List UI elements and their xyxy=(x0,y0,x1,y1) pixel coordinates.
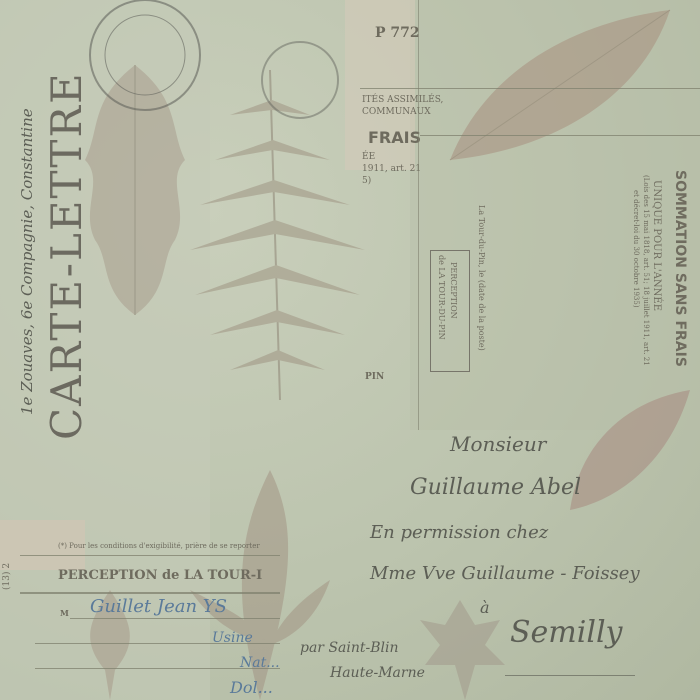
address-department: Haute-Marne xyxy=(330,665,425,681)
address-name: Guillaume Abel xyxy=(410,475,581,500)
address-a: à xyxy=(480,598,490,617)
frais-heading: FRAIS xyxy=(368,128,421,147)
header-fragment-4: ÉE xyxy=(362,152,375,162)
address-permission: En permission chez xyxy=(370,522,548,543)
address-chez: Mme Vve Guillaume - Foissey xyxy=(370,563,640,584)
form-line4: Dol... xyxy=(230,678,273,697)
postmark-small-icon xyxy=(255,35,345,125)
address-par: par Saint-Blin xyxy=(300,640,399,656)
pin-fragment: PIN xyxy=(365,372,384,382)
header-fragment-6: 5) xyxy=(362,176,371,186)
sommation-law-ref: (Lois des 15 mai 1818, art. 51; 18 juill… xyxy=(642,175,650,366)
form-m-label: M xyxy=(60,608,69,618)
postmark-icon xyxy=(70,0,220,130)
perception-box-line2: de LA TOUR-DU-PIN xyxy=(437,255,446,340)
stamp-reference: P 772 xyxy=(375,25,420,41)
form-name: Guillet Jean YS xyxy=(90,596,227,617)
address-town: Semilly xyxy=(510,615,623,650)
tour-du-pin-date-line: La Tour-du-Pin, le (date de la poste) xyxy=(477,205,486,351)
form-heading: PERCEPTION de LA TOUR-I xyxy=(58,568,262,583)
carte-lettre-title: CARTE-LETTRE xyxy=(42,71,91,440)
footnote: (*) Pour les conditions d'exigibilité, p… xyxy=(58,542,260,550)
sender-address-handwriting: 1e Zouaves, 6e Compagnie, Constantine xyxy=(18,108,36,415)
perception-box-line1: PERCEPTION xyxy=(449,262,458,319)
side-number: (13) 2 xyxy=(2,563,12,590)
header-fragment-5: 1911, art. 21 xyxy=(362,164,421,174)
address-monsieur: Monsieur xyxy=(450,432,546,456)
maple-leaf-print-icon xyxy=(415,600,505,700)
header-fragment-2: COMMUNAUX xyxy=(362,107,431,117)
header-fragment-1: ITÉS ASSIMILÉS, xyxy=(362,95,443,105)
sommation-title: SOMMATION SANS FRAIS xyxy=(672,170,688,367)
sommation-subtitle: UNIQUE POUR L'ANNÉE xyxy=(651,180,662,311)
veined-leaf-print-icon xyxy=(430,0,700,170)
sommation-law-ref-2: et décret-loi du 30 octobre 1935) xyxy=(632,190,640,308)
